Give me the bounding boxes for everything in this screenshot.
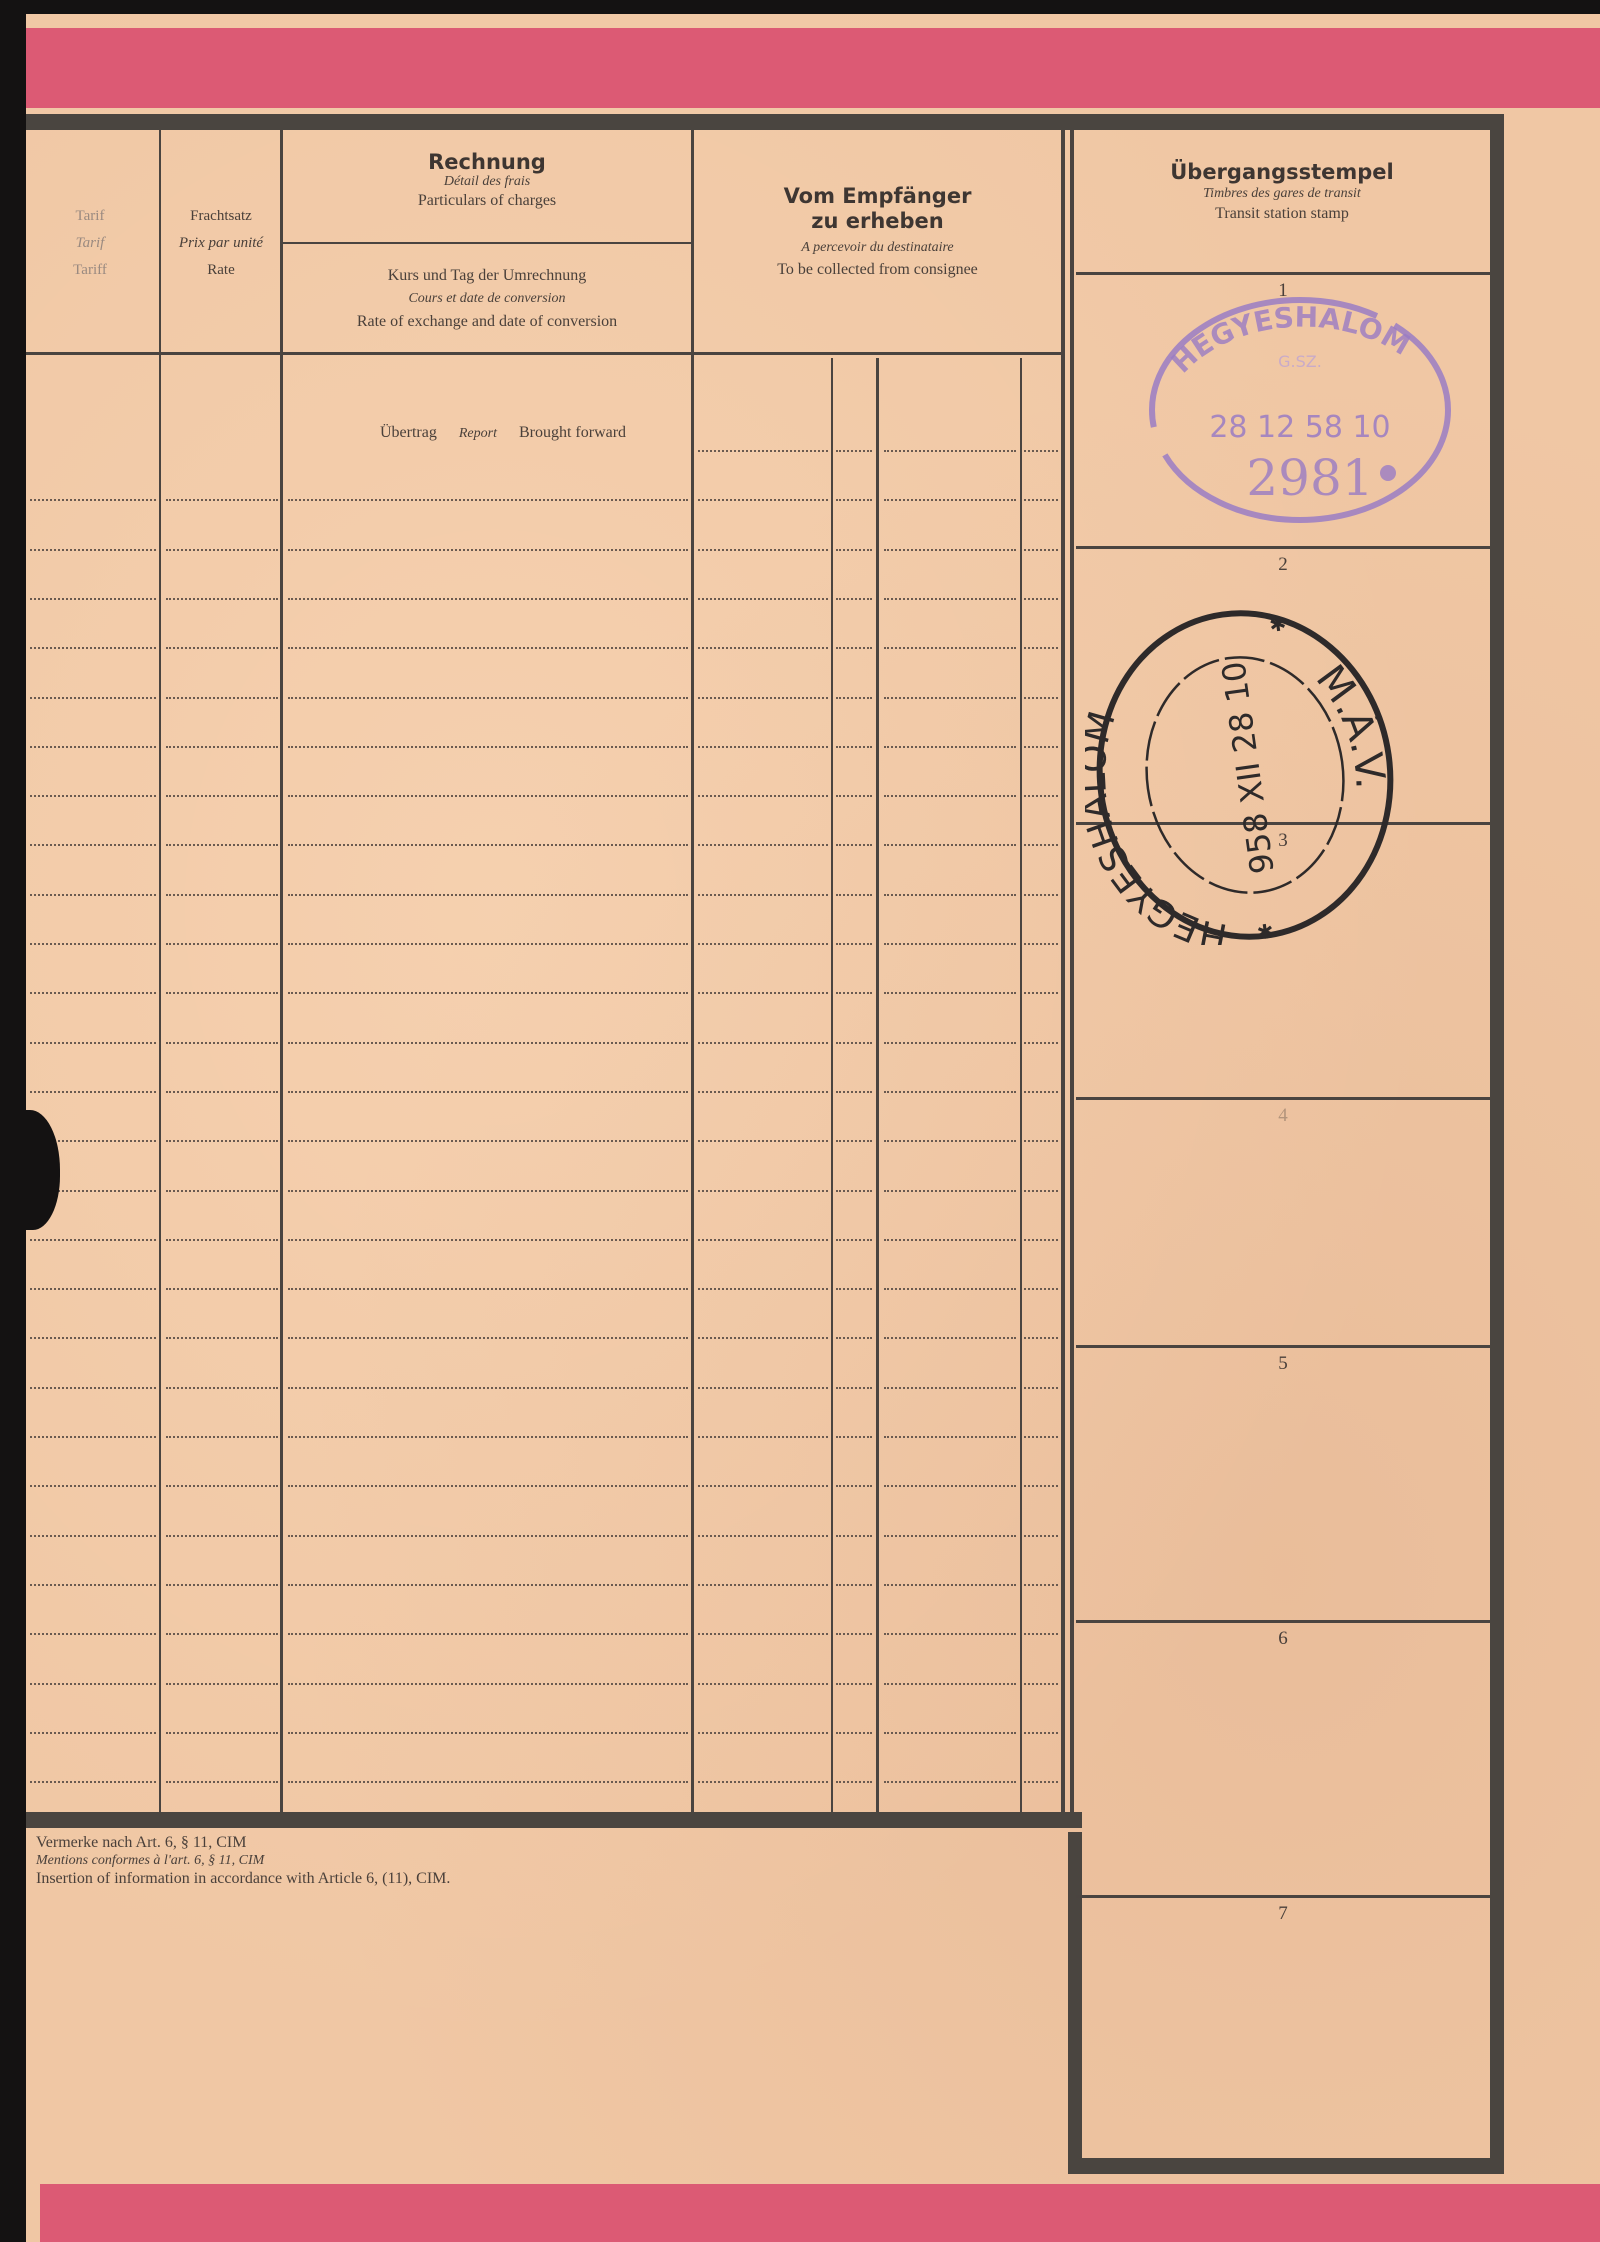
dotted-entry-line <box>288 1239 688 1241</box>
conversion-en: Rate of exchange and date of conversion <box>283 310 691 333</box>
dotted-entry-line <box>288 1288 688 1290</box>
table-bottom-rule <box>26 1812 1082 1828</box>
transit-box-divider <box>1076 1895 1490 1898</box>
dotted-entry-line <box>1024 992 1058 994</box>
dotted-entry-line <box>884 1633 1016 1635</box>
dotted-entry-line <box>698 1091 828 1093</box>
dotted-entry-line <box>288 1781 688 1783</box>
dotted-entry-line <box>166 697 278 699</box>
dotted-entry-line <box>1024 1535 1058 1537</box>
dotted-entry-line <box>836 1633 872 1635</box>
dotted-entry-line <box>698 1633 828 1635</box>
dotted-entry-line <box>288 1485 688 1487</box>
rechnung-title: Rechnung <box>283 150 691 174</box>
dotted-entry-line <box>288 746 688 748</box>
dotted-entry-line <box>836 1387 872 1389</box>
dotted-entry-line <box>30 795 156 797</box>
dotted-entry-line <box>30 1732 156 1734</box>
dotted-entry-line <box>166 1042 278 1044</box>
stamp-column-divider-a <box>1061 130 1065 1812</box>
dotted-entry-line <box>1024 1140 1058 1142</box>
dotted-entry-line <box>884 1239 1016 1241</box>
dotted-entry-line <box>836 1683 872 1685</box>
dotted-entry-line <box>698 746 828 748</box>
dotted-entry-line <box>884 1140 1016 1142</box>
dotted-entry-line <box>166 1683 278 1685</box>
dotted-entry-line <box>836 549 872 551</box>
dotted-entry-line <box>288 1387 688 1389</box>
dotted-entry-line <box>698 598 828 600</box>
dotted-entry-line <box>1024 1485 1058 1487</box>
empfaenger-en: To be collected from consignee <box>694 261 1061 279</box>
dotted-entry-line <box>836 943 872 945</box>
col-line-sub-c <box>1020 358 1022 1812</box>
dotted-entry-line <box>288 1535 688 1537</box>
dotted-entry-line <box>1024 598 1058 600</box>
brought-forward-de: Übertrag <box>380 424 437 441</box>
rechnung-header: Rechnung Détail des frais Particulars of… <box>283 150 691 210</box>
brought-forward-fr: Report <box>459 426 497 441</box>
dotted-entry-line <box>288 1091 688 1093</box>
dotted-entry-line <box>836 499 872 501</box>
dotted-entry-line <box>166 598 278 600</box>
frachtsatz-header: Frachtsatz Prix par unité Rate <box>161 203 281 284</box>
dotted-entry-line <box>166 1436 278 1438</box>
dotted-entry-line <box>288 894 688 896</box>
dotted-entry-line <box>884 1091 1016 1093</box>
dotted-entry-line <box>836 450 872 452</box>
empfaenger-header: Vom Empfänger zu erheben A percevoir du … <box>694 184 1061 279</box>
dotted-entry-line <box>166 549 278 551</box>
dotted-entry-line <box>30 1337 156 1339</box>
frachtsatz-en: Rate <box>161 257 281 284</box>
dotted-entry-line <box>288 992 688 994</box>
dotted-entry-line <box>30 992 156 994</box>
dotted-entry-line <box>836 1781 872 1783</box>
dotted-entry-line <box>698 1190 828 1192</box>
header-bottom-line <box>24 352 1061 355</box>
dotted-entry-line <box>698 1337 828 1339</box>
dotted-entry-line <box>166 894 278 896</box>
top-border-rule <box>24 114 1504 130</box>
dotted-entry-line <box>884 894 1016 896</box>
dotted-entry-line <box>288 1683 688 1685</box>
frachtsatz-fr: Prix par unité <box>161 230 281 257</box>
dotted-entry-line <box>166 1337 278 1339</box>
dotted-entry-line <box>288 1190 688 1192</box>
dotted-entry-line <box>30 1584 156 1586</box>
dotted-entry-line <box>884 1387 1016 1389</box>
conversion-header: Kurs und Tag der Umrechnung Cours et dat… <box>283 264 691 333</box>
dotted-entry-line <box>1024 1584 1058 1586</box>
dotted-entry-line <box>288 943 688 945</box>
dotted-entry-line <box>166 1485 278 1487</box>
dotted-entry-line <box>698 1683 828 1685</box>
violet-transit-stamp: HEGYESHALOM G.SZ. 28 12 58 10 2981 <box>1130 275 1470 535</box>
stamp-bottom-rule <box>1068 2158 1504 2174</box>
dotted-entry-line <box>698 1387 828 1389</box>
col-line-frachtsatz <box>280 130 283 1812</box>
dotted-entry-line <box>884 844 1016 846</box>
dotted-entry-line <box>698 943 828 945</box>
rechnung-fr: Détail des frais <box>283 174 691 190</box>
dotted-entry-line <box>836 1337 872 1339</box>
dotted-entry-line <box>288 1633 688 1635</box>
violet-stamp-date: 28 12 58 10 <box>1209 410 1390 445</box>
dotted-entry-line <box>30 1239 156 1241</box>
transit-box-number: 6 <box>1263 1628 1303 1650</box>
dotted-entry-line <box>1024 746 1058 748</box>
dotted-entry-line <box>30 1633 156 1635</box>
footnote-fr: Mentions conformes à l'art. 6, § 11, CIM <box>36 1852 656 1870</box>
dotted-entry-line <box>30 1485 156 1487</box>
dotted-entry-line <box>288 1140 688 1142</box>
empfaenger-title-1: Vom Empfänger <box>694 184 1061 209</box>
dotted-entry-line <box>166 1781 278 1783</box>
stamp-column-divider-b <box>1070 130 1074 1812</box>
dotted-entry-line <box>30 598 156 600</box>
dotted-entry-line <box>698 1781 828 1783</box>
transit-box-number: 2 <box>1263 554 1303 576</box>
dotted-entry-line <box>698 549 828 551</box>
dotted-entry-line <box>166 1387 278 1389</box>
bottom-red-band <box>40 2184 1600 2242</box>
dotted-entry-line <box>166 1091 278 1093</box>
dotted-entry-line <box>1024 1732 1058 1734</box>
empfaenger-fr: A percevoir du destinataire <box>694 240 1061 256</box>
dotted-entry-line <box>30 647 156 649</box>
dotted-entry-line <box>884 795 1016 797</box>
dotted-entry-line <box>166 746 278 748</box>
tarif-en: Tariff <box>40 257 140 284</box>
black-stamp-star-top-icon: ✱ <box>1268 613 1288 637</box>
transit-box-number: 7 <box>1263 1903 1303 1925</box>
dotted-entry-line <box>30 943 156 945</box>
dotted-entry-line <box>1024 1387 1058 1389</box>
dotted-entry-line <box>698 1485 828 1487</box>
dotted-entry-line <box>698 1042 828 1044</box>
dotted-entry-line <box>1024 1042 1058 1044</box>
transit-box-divider <box>1076 546 1490 549</box>
dotted-entry-line <box>884 1042 1016 1044</box>
dotted-entry-line <box>166 1288 278 1290</box>
transit-box-divider <box>1076 1345 1490 1348</box>
transit-box-divider <box>1076 1097 1490 1100</box>
dotted-entry-line <box>166 1584 278 1586</box>
dotted-entry-line <box>884 1781 1016 1783</box>
violet-stamp-sub: G.SZ. <box>1278 352 1322 371</box>
dotted-entry-line <box>166 1239 278 1241</box>
col-line-sub-b <box>876 358 879 1812</box>
dotted-entry-line <box>698 894 828 896</box>
dotted-entry-line <box>166 795 278 797</box>
dotted-entry-line <box>30 1535 156 1537</box>
dotted-entry-line <box>884 992 1016 994</box>
uebergang-title: Übergangsstempel <box>1074 160 1490 184</box>
brought-forward-en: Brought forward <box>519 424 626 441</box>
dotted-entry-line <box>288 795 688 797</box>
dotted-entry-line <box>1024 1781 1058 1783</box>
dotted-entry-line <box>884 499 1016 501</box>
dotted-entry-line <box>30 1042 156 1044</box>
dotted-entry-line <box>884 1288 1016 1290</box>
dotted-entry-line <box>836 1535 872 1537</box>
svg-text:HEGYESHALOM: HEGYESHALOM <box>1085 691 1236 945</box>
dotted-entry-line <box>30 844 156 846</box>
dotted-entry-line <box>836 1239 872 1241</box>
dotted-entry-line <box>288 697 688 699</box>
black-stamp-star-bottom-icon: ✱ <box>1256 921 1276 945</box>
dotted-entry-line <box>1024 894 1058 896</box>
dotted-entry-line <box>288 844 688 846</box>
transit-box-divider <box>1076 1620 1490 1623</box>
dotted-entry-line <box>698 1584 828 1586</box>
dotted-entry-line <box>884 647 1016 649</box>
dotted-entry-line <box>698 647 828 649</box>
dotted-entry-line <box>836 992 872 994</box>
dotted-entry-line <box>166 1732 278 1734</box>
footnote-en: Insertion of information in accordance w… <box>36 1870 656 1888</box>
dotted-entry-line <box>884 1337 1016 1339</box>
dotted-entry-line <box>1024 795 1058 797</box>
dotted-entry-line <box>30 1781 156 1783</box>
dotted-entry-line <box>288 1436 688 1438</box>
dotted-entry-line <box>1024 1633 1058 1635</box>
black-stamp-date: 958 XII 28 10 <box>1214 659 1281 876</box>
dotted-entry-line <box>698 1239 828 1241</box>
rechnung-header-divider <box>283 242 691 244</box>
dotted-entry-line <box>166 1633 278 1635</box>
dotted-entry-line <box>884 697 1016 699</box>
dotted-entry-line <box>884 1190 1016 1192</box>
dotted-entry-line <box>836 1732 872 1734</box>
dotted-entry-line <box>698 697 828 699</box>
dotted-entry-line <box>836 598 872 600</box>
black-stamp-railway: M.Á.V. <box>1304 652 1395 798</box>
violet-stamp-number: 2981 <box>1246 449 1373 507</box>
dotted-entry-line <box>166 1140 278 1142</box>
dotted-entry-line <box>698 844 828 846</box>
black-transit-stamp: HEGYESHALOM M.Á.V. 958 XII 28 10 ✱ ✱ <box>1085 605 1405 945</box>
dotted-entry-line <box>884 943 1016 945</box>
dotted-entry-line <box>288 1042 688 1044</box>
dotted-entry-line <box>884 746 1016 748</box>
dotted-entry-line <box>1024 1091 1058 1093</box>
dotted-entry-line <box>836 647 872 649</box>
dotted-entry-line <box>1024 549 1058 551</box>
dotted-entry-line <box>836 1584 872 1586</box>
dotted-entry-line <box>166 943 278 945</box>
dotted-entry-line <box>836 1436 872 1438</box>
dotted-entry-line <box>884 1732 1016 1734</box>
dotted-entry-line <box>1024 844 1058 846</box>
dotted-entry-line <box>836 1485 872 1487</box>
tarif-header: Tarif Tarif Tariff <box>40 203 140 284</box>
dotted-entry-line <box>836 1091 872 1093</box>
dotted-entry-line <box>884 1436 1016 1438</box>
dotted-entry-line <box>836 844 872 846</box>
dotted-entry-line <box>836 1140 872 1142</box>
black-stamp-station: HEGYESHALOM <box>1085 691 1236 945</box>
dotted-entry-line <box>288 1584 688 1586</box>
col-line-tarif <box>159 130 161 1812</box>
dotted-entry-line <box>1024 1683 1058 1685</box>
svg-text:M.Á.V.: M.Á.V. <box>1304 652 1395 798</box>
dotted-entry-line <box>836 1288 872 1290</box>
dotted-entry-line <box>698 1535 828 1537</box>
top-red-band <box>22 28 1600 108</box>
uebergang-en: Transit station stamp <box>1074 205 1490 223</box>
col-line-rechnung <box>691 130 694 1812</box>
right-border-rule <box>1490 130 1504 2160</box>
dotted-entry-line <box>30 894 156 896</box>
dotted-entry-line <box>1024 943 1058 945</box>
dotted-entry-line <box>698 1732 828 1734</box>
dotted-entry-line <box>884 1535 1016 1537</box>
dotted-entry-line <box>288 647 688 649</box>
dotted-entry-line <box>884 598 1016 600</box>
dotted-entry-line <box>1024 647 1058 649</box>
dotted-entry-line <box>836 894 872 896</box>
lower-box-left-rule <box>1068 1832 1082 2160</box>
dotted-entry-line <box>30 1436 156 1438</box>
dotted-entry-line <box>836 1190 872 1192</box>
transit-box-number: 4 <box>1263 1105 1303 1127</box>
dotted-entry-line <box>884 450 1016 452</box>
dotted-entry-line <box>698 450 828 452</box>
dotted-entry-line <box>166 992 278 994</box>
dotted-entry-line <box>1024 1190 1058 1192</box>
dotted-entry-line <box>884 549 1016 551</box>
dotted-entry-line <box>288 598 688 600</box>
dotted-entry-line <box>836 795 872 797</box>
dotted-entry-line <box>698 795 828 797</box>
dotted-entry-line <box>698 992 828 994</box>
conversion-fr: Cours et date de conversion <box>283 287 691 310</box>
dotted-entry-line <box>836 697 872 699</box>
dotted-entry-line <box>698 1288 828 1290</box>
dotted-entry-line <box>1024 1337 1058 1339</box>
dotted-entry-line <box>30 697 156 699</box>
tarif-de: Tarif <box>40 203 140 230</box>
dotted-entry-line <box>698 499 828 501</box>
dotted-entry-line <box>288 1337 688 1339</box>
dotted-entry-line <box>30 746 156 748</box>
dotted-entry-line <box>698 1140 828 1142</box>
col-line-sub-a <box>831 358 833 1812</box>
violet-stamp-rosette-icon <box>1380 465 1396 481</box>
uebergang-fr: Timbres des gares de transit <box>1074 186 1490 202</box>
dotted-entry-line <box>288 499 688 501</box>
dotted-entry-line <box>836 1042 872 1044</box>
dotted-entry-line <box>884 1485 1016 1487</box>
dotted-entry-line <box>30 1091 156 1093</box>
dotted-entry-line <box>698 1436 828 1438</box>
frachtsatz-de: Frachtsatz <box>161 203 281 230</box>
footnote-de: Vermerke nach Art. 6, § 11, CIM <box>36 1834 656 1852</box>
cim-footnote: Vermerke nach Art. 6, § 11, CIM Mentions… <box>36 1834 656 1888</box>
rechnung-en: Particulars of charges <box>283 192 691 210</box>
dotted-entry-line <box>30 549 156 551</box>
dotted-entry-line <box>166 1535 278 1537</box>
dotted-entry-line <box>30 1683 156 1685</box>
dotted-entry-line <box>884 1584 1016 1586</box>
dotted-entry-line <box>166 499 278 501</box>
dotted-entry-line <box>166 844 278 846</box>
dotted-entry-line <box>288 1732 688 1734</box>
dotted-entry-line <box>1024 450 1058 452</box>
torn-edge <box>0 1110 60 1230</box>
dotted-entry-line <box>836 746 872 748</box>
dotted-entry-line <box>1024 697 1058 699</box>
tarif-fr: Tarif <box>40 230 140 257</box>
brought-forward-label: Übertrag Report Brought forward <box>380 424 690 442</box>
empfaenger-title-2: zu erheben <box>694 209 1061 234</box>
conversion-de: Kurs und Tag der Umrechnung <box>283 264 691 287</box>
dotted-entry-line <box>1024 1288 1058 1290</box>
dotted-entry-line <box>884 1683 1016 1685</box>
uebergang-header: Übergangsstempel Timbres des gares de tr… <box>1074 160 1490 223</box>
dotted-entry-line <box>30 1387 156 1389</box>
dotted-entry-line <box>1024 499 1058 501</box>
dotted-entry-line <box>30 1288 156 1290</box>
dotted-entry-line <box>1024 1436 1058 1438</box>
transit-box-number: 5 <box>1263 1353 1303 1375</box>
dotted-entry-line <box>1024 1239 1058 1241</box>
dotted-entry-line <box>30 499 156 501</box>
dotted-entry-line <box>166 1190 278 1192</box>
dotted-entry-line <box>166 647 278 649</box>
dotted-entry-line <box>288 549 688 551</box>
